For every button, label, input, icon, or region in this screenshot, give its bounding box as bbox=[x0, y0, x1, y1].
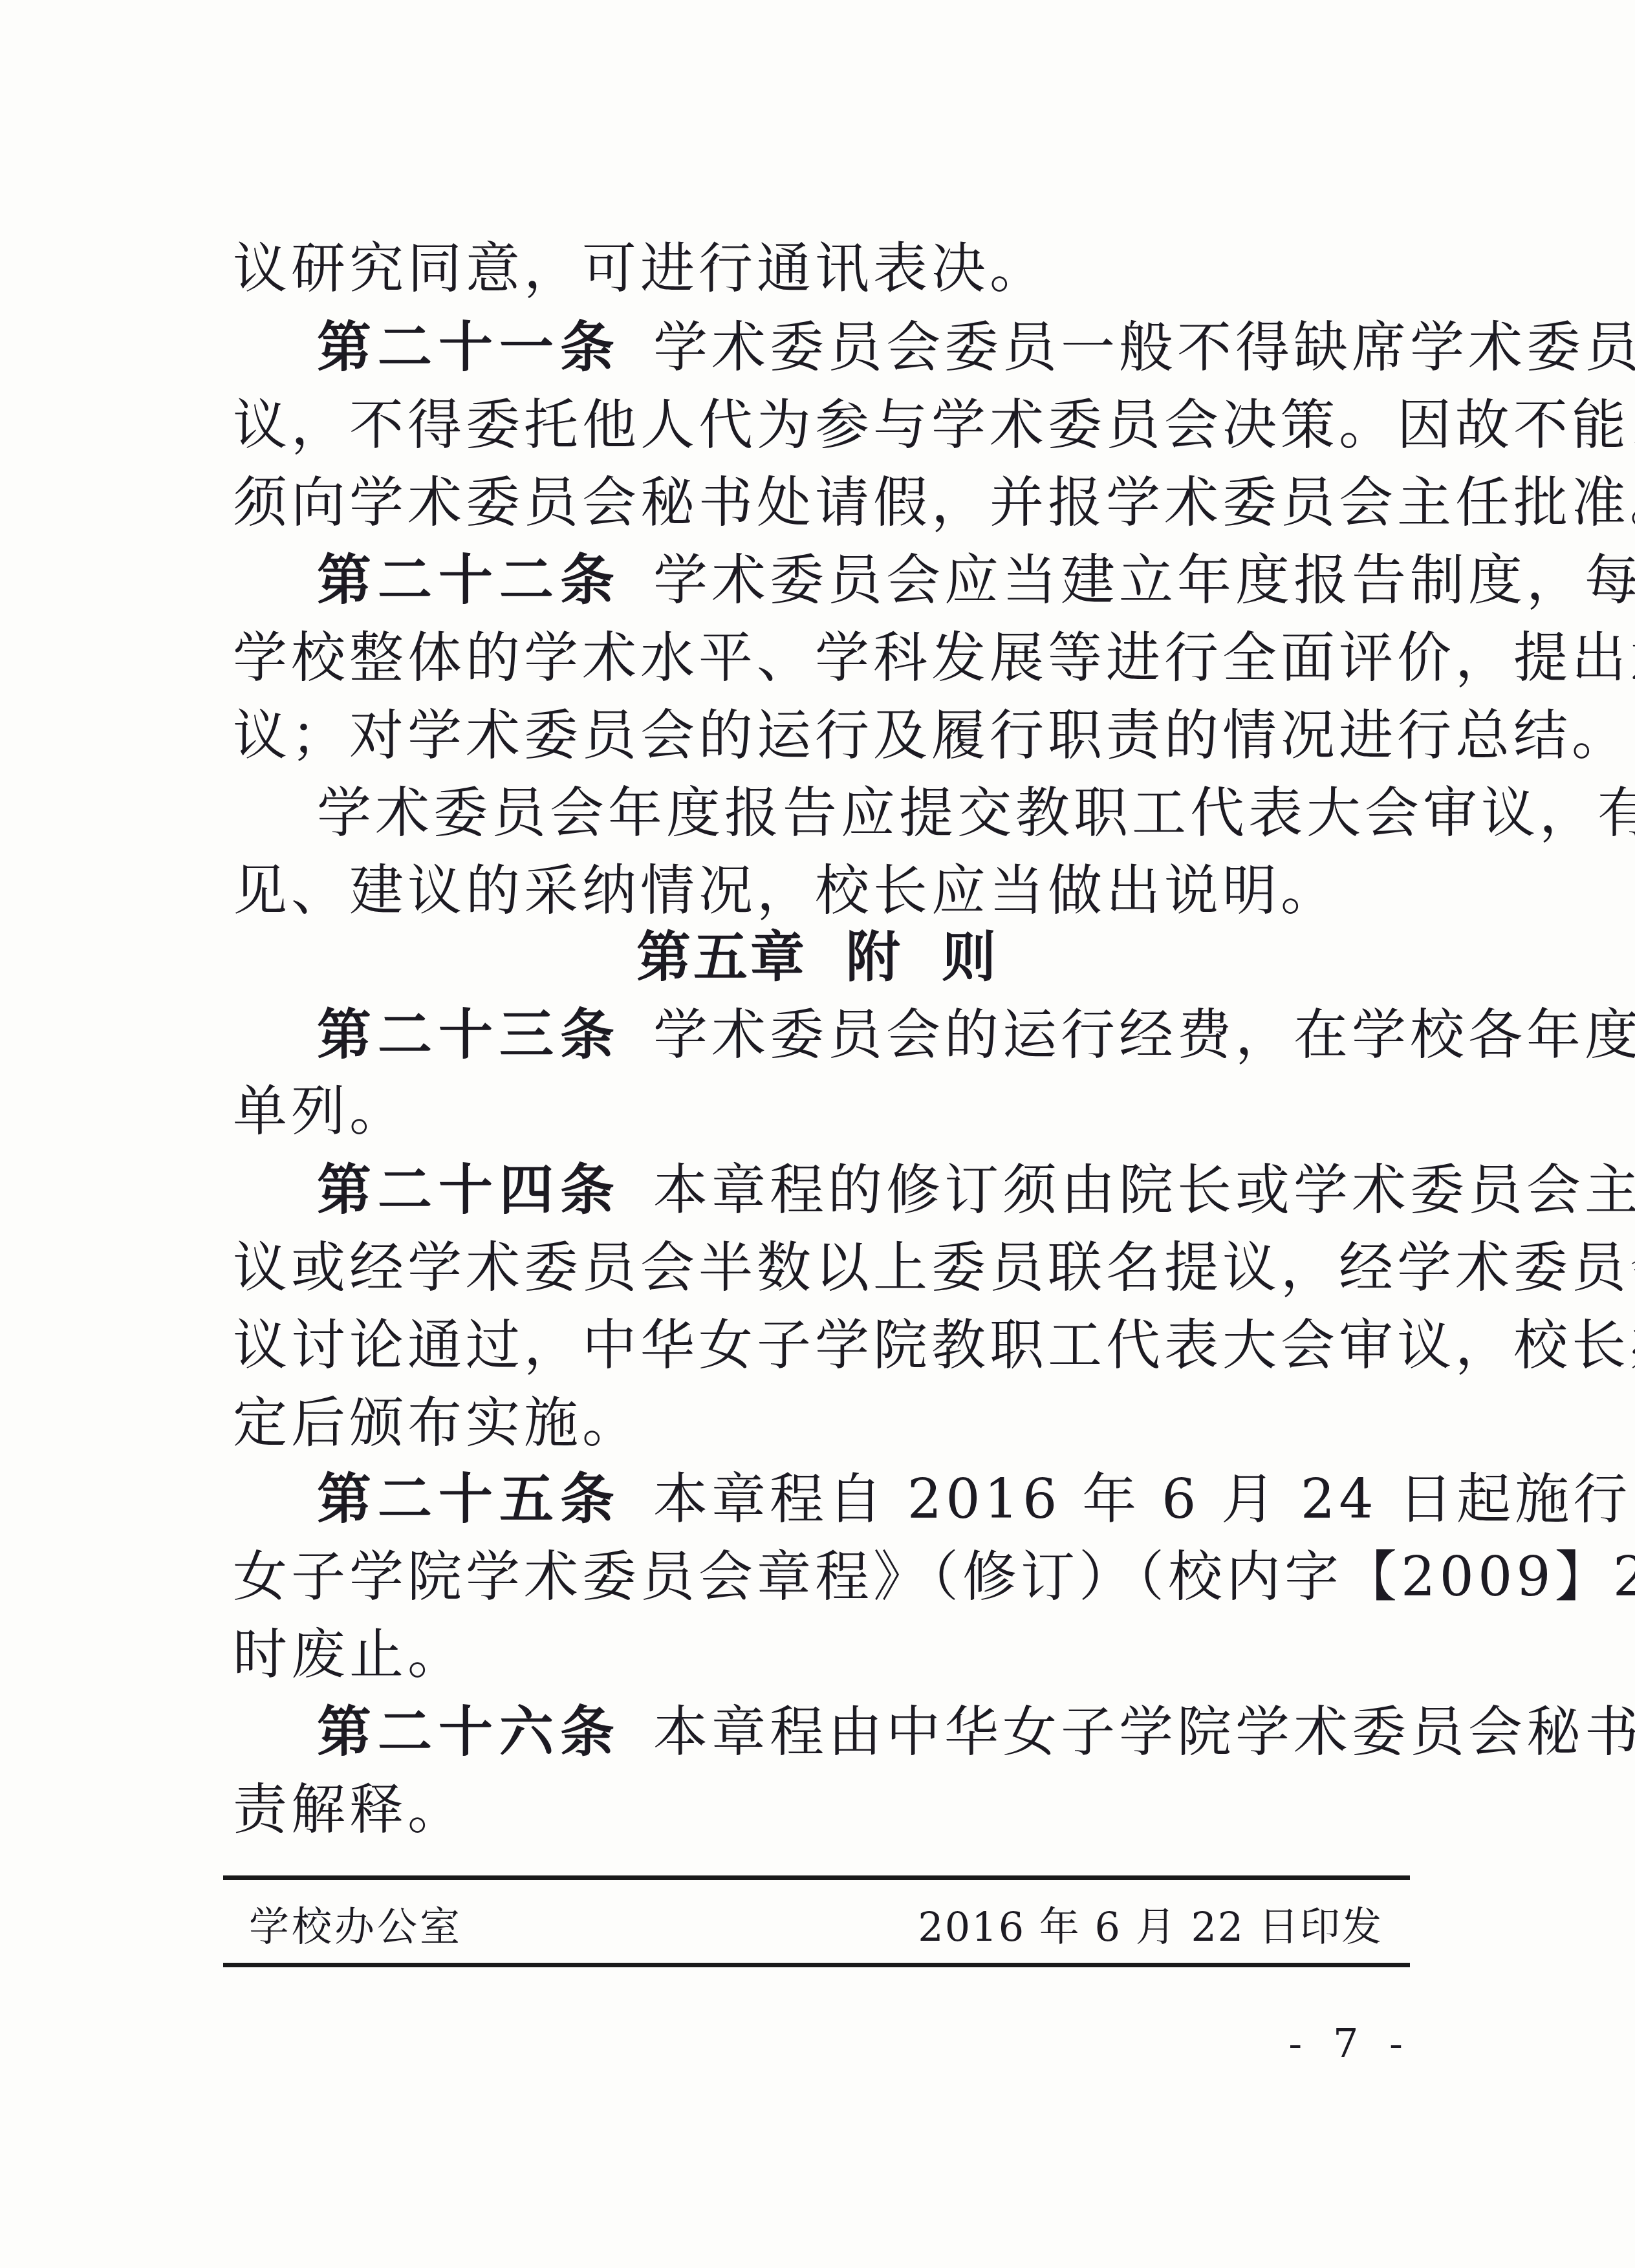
line-text: 学术委员会的运行经费，在学校各年度预算中 bbox=[653, 1003, 1635, 1066]
article-24: 第二十四条本章程的修订须由院长或学术委员会主任提 bbox=[317, 1154, 1416, 1226]
article-26: 第二十六条本章程由中华女子学院学术委员会秘书处负 bbox=[317, 1696, 1416, 1767]
line-text: 单列。 bbox=[233, 1079, 407, 1143]
body-line: 女子学院学术委员会章程》（修订）（校内字【2009】21 号）同 bbox=[233, 1541, 1416, 1612]
line-text: 责解释。 bbox=[233, 1778, 466, 1841]
chapter-title-2: 则 bbox=[942, 925, 999, 989]
line-text: 时废止。 bbox=[233, 1623, 466, 1686]
body-line: 责解释。 bbox=[233, 1774, 1416, 1845]
footer-date: 2016 年 6 月 22 日印发 bbox=[918, 1901, 1383, 1953]
document-page: 议研究同意，可进行通讯表决。 第二十一条学术委员会委员一般不得缺席学术委员会会 … bbox=[0, 0, 1635, 2268]
article-heading: 第二十五条 bbox=[317, 1467, 621, 1531]
line-text: 议；对学术委员会的运行及履行职责的情况进行总结。 bbox=[233, 704, 1630, 767]
line-text: 须向学术委员会秘书处请假，并报学术委员会主任批准。 bbox=[233, 471, 1635, 534]
line-text: 议研究同意，可进行通讯表决。 bbox=[233, 237, 1048, 300]
body-line: 议或经学术委员会半数以上委员联名提议，经学术委员会全体会 bbox=[233, 1232, 1416, 1303]
line-text: 议，不得委托他人代为参与学术委员会决策。因故不能出席者必 bbox=[233, 393, 1635, 457]
line-text: 见、建议的采纳情况，校长应当做出说明。 bbox=[233, 859, 1339, 922]
line-text: 本章程由中华女子学院学术委员会秘书处负 bbox=[653, 1700, 1635, 1764]
body-line: 须向学术委员会秘书处请假，并报学术委员会主任批准。 bbox=[233, 467, 1416, 538]
footer-issuer: 学校办公室 bbox=[249, 1901, 462, 1953]
line-text: 议讨论通过，中华女子学院教职工代表大会审议，校长办公会审 bbox=[233, 1313, 1635, 1377]
body-line: 定后颁布实施。 bbox=[233, 1387, 1416, 1458]
page-number: - 7 - bbox=[1288, 2018, 1412, 2069]
body-line: 议研究同意，可进行通讯表决。 bbox=[233, 233, 880, 304]
article-heading: 第二十三条 bbox=[317, 1003, 621, 1066]
line-text: 定后颁布实施。 bbox=[233, 1391, 640, 1454]
body-line: 见、建议的采纳情况，校长应当做出说明。 bbox=[233, 855, 1416, 926]
body-line: 时废止。 bbox=[233, 1619, 1416, 1690]
chapter-heading: 第五章附则 bbox=[0, 922, 1635, 993]
article-heading: 第二十四条 bbox=[317, 1158, 621, 1222]
article-heading: 第二十六条 bbox=[317, 1700, 621, 1764]
body-paragraph-indented: 学术委员会年度报告应提交教职工代表大会审议，有关意 bbox=[317, 777, 1416, 848]
chapter-number: 第五章 bbox=[636, 925, 807, 989]
article-heading: 第二十一条 bbox=[317, 316, 621, 379]
article-25: 第二十五条本章程自 2016 年 6 月 24 日起施行，原《中华 bbox=[317, 1463, 1416, 1535]
line-text: 本章程自 2016 年 6 月 24 日起施行，原《中华 bbox=[653, 1467, 1635, 1531]
body-line: 议讨论通过，中华女子学院教职工代表大会审议，校长办公会审 bbox=[233, 1310, 1416, 1381]
body-line: 议；对学术委员会的运行及履行职责的情况进行总结。 bbox=[233, 700, 1416, 771]
line-text: 学术委员会年度报告应提交教职工代表大会审议，有关意 bbox=[317, 781, 1635, 845]
footer-rule-bottom bbox=[223, 1963, 1410, 1967]
line-text: 学校整体的学术水平、学科发展等进行全面评价，提出意见、建 bbox=[233, 626, 1635, 689]
article-21: 第二十一条学术委员会委员一般不得缺席学术委员会会 bbox=[317, 312, 1416, 383]
footer-rule-top bbox=[223, 1875, 1410, 1880]
article-heading: 第二十二条 bbox=[317, 548, 621, 612]
article-23: 第二十三条学术委员会的运行经费，在学校各年度预算中 bbox=[317, 999, 1416, 1070]
chapter-title-1: 附 bbox=[846, 925, 903, 989]
line-text: 学术委员会委员一般不得缺席学术委员会会 bbox=[653, 316, 1635, 379]
body-line: 学校整体的学术水平、学科发展等进行全面评价，提出意见、建 bbox=[233, 622, 1416, 693]
article-22: 第二十二条学术委员会应当建立年度报告制度，每年度对 bbox=[317, 545, 1416, 616]
line-text: 女子学院学术委员会章程》（修订）（校内字【2009】21 号）同 bbox=[233, 1545, 1635, 1608]
line-text: 学术委员会应当建立年度报告制度，每年度对 bbox=[653, 548, 1635, 612]
body-line: 议，不得委托他人代为参与学术委员会决策。因故不能出席者必 bbox=[233, 389, 1416, 460]
line-text: 议或经学术委员会半数以上委员联名提议，经学术委员会全体会 bbox=[233, 1236, 1635, 1299]
line-text: 本章程的修订须由院长或学术委员会主任提 bbox=[653, 1158, 1635, 1222]
body-line: 单列。 bbox=[233, 1075, 1416, 1147]
